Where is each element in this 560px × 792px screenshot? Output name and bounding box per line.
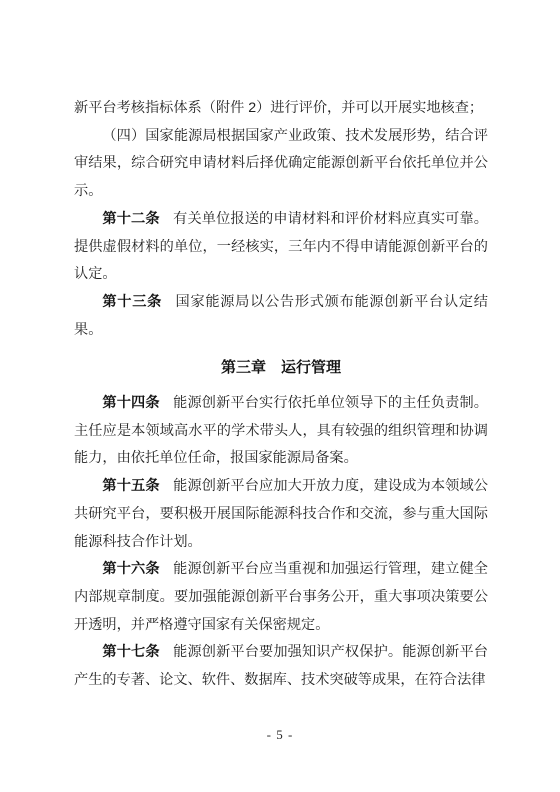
page-number: - 5 - [267, 727, 294, 742]
article-number-16: 第十六条 [102, 561, 159, 577]
paragraph-item-four: （四）国家能源局根据国家产业政策、技术发展形势，结合评审结果，综合研究申请材料后… [74, 123, 488, 206]
article-number-12: 第十二条 [102, 211, 159, 227]
article-number-15: 第十五条 [102, 478, 159, 494]
article-number-17: 第十七条 [102, 644, 159, 660]
paragraph-continuation: 新平台考核指标体系（附件 2）进行评价，并可以开展实地核查； [74, 95, 488, 123]
article-paragraph-14: 第十四条能源创新平台实行依托单位领导下的主任负责制。主任应是本领域高水平的学术带… [74, 390, 488, 473]
article-paragraph-13: 第十三条国家能源局以公告形式颁布能源创新平台认定结果。 [74, 289, 488, 344]
article-paragraph-16: 第十六条能源创新平台应当重视和加强运行管理，建立健全内部规章制度。要加强能源创新… [74, 556, 488, 639]
document-page: 新平台考核指标体系（附件 2）进行评价，并可以开展实地核查； （四）国家能源局根… [0, 0, 560, 792]
article-paragraph-17: 第十七条能源创新平台要加强知识产权保护。能源创新平台产生的专著、论文、软件、数据… [74, 639, 488, 694]
chapter-heading: 第三章 运行管理 [74, 354, 488, 382]
article-paragraph-15: 第十五条能源创新平台应加大开放力度，建设成为本领域公共研究平台，要积极开展国际能… [74, 473, 488, 556]
article-number-14: 第十四条 [102, 395, 159, 411]
article-number-13: 第十三条 [102, 294, 162, 310]
article-paragraph-12: 第十二条有关单位报送的申请材料和评价材料应真实可靠。提供虚假材料的单位，一经核实… [74, 206, 488, 289]
document-body: 新平台考核指标体系（附件 2）进行评价，并可以开展实地核查； （四）国家能源局根… [74, 95, 488, 695]
page-footer: - 5 - [0, 726, 560, 744]
